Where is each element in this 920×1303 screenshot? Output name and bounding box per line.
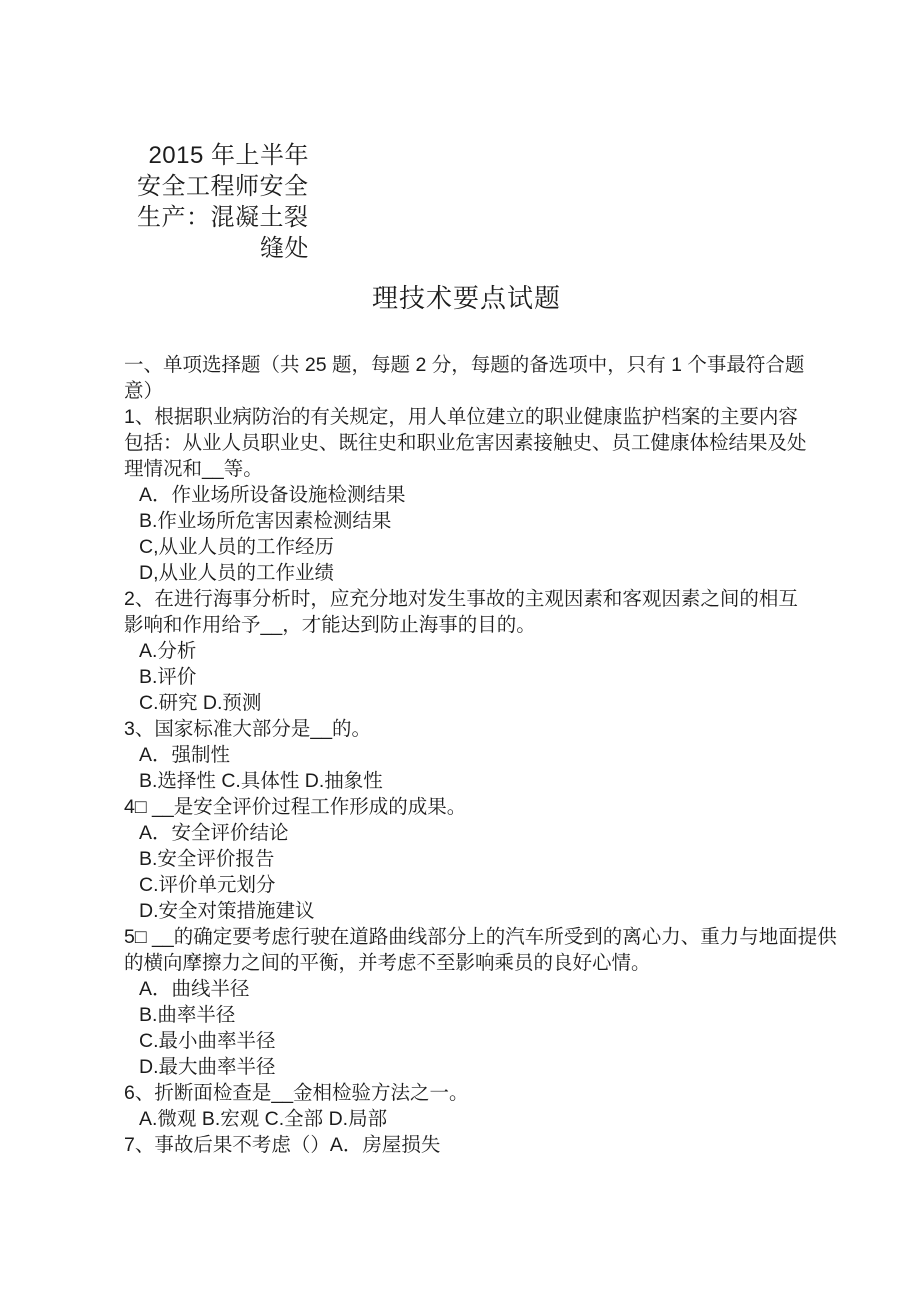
answer-option-line: D,从业人员的工作业绩 (124, 560, 814, 586)
title-text-line: 生产：混凝土裂 (137, 202, 309, 233)
answer-option-line: B.曲率半径 (124, 1002, 814, 1028)
answer-option-line: C.最小曲率半径 (124, 1028, 814, 1054)
answer-option-line: A.分析 (124, 638, 814, 664)
title-text-line: 安全工程师安全 (137, 171, 309, 202)
answer-option-line: B.选择性 C.具体性 D.抽象性 (124, 768, 814, 794)
document-title: 2015 年上半年安全工程师安全生产：混凝土裂缝处 (137, 140, 309, 264)
question-text-line: 包括：从业人员职业史、既往史和职业危害因素接触史、员工健康体检结果及处 (124, 430, 814, 456)
answer-option-line: B.评价 (124, 664, 814, 690)
question-text-line: 理情况和__等。 (124, 456, 814, 482)
document-page: 2015 年上半年安全工程师安全生产：混凝土裂缝处 理技术要点试题 一、单项选择… (0, 0, 920, 1303)
question-text-line: 7、事故后果不考虑（）A．房屋损失 (124, 1132, 814, 1158)
answer-option-line: B.作业场所危害因素检测结果 (124, 508, 814, 534)
answer-option-line: A．安全评价结论 (124, 820, 814, 846)
answer-option-line: D.安全对策措施建议 (124, 898, 814, 924)
question-text-line: 影响和作用给予__，才能达到防止海事的目的。 (124, 612, 814, 638)
title-text-line: 缝处 (137, 233, 309, 264)
answer-option-line: D.最大曲率半径 (124, 1054, 814, 1080)
question-text-line: 3、国家标准大部分是__的。 (124, 716, 814, 742)
answer-option-line: C,从业人员的工作经历 (124, 534, 814, 560)
question-text-line: 一、单项选择题（共 25 题，每题 2 分，每题的备选项中，只有 1 个事最符合… (124, 352, 814, 378)
title-text-line: 2015 年上半年 (137, 140, 309, 171)
answer-option-line: A．作业场所设备设施检测结果 (124, 482, 814, 508)
document-subtitle: 理技术要点试题 (372, 283, 561, 313)
question-text-line: 意） (124, 378, 814, 404)
question-text-line: 5□ __的确定要考虑行驶在道路曲线部分上的汽车所受到的离心力、重力与地面提供 (124, 924, 814, 950)
answer-option-line: A．强制性 (124, 742, 814, 768)
question-text-line: 6、折断面检查是__金相检验方法之一。 (124, 1080, 814, 1106)
question-text-line: 2、在进行海事分析时，应充分地对发生事故的主观因素和客观因素之间的相互 (124, 586, 814, 612)
question-text-line: 4□ __是安全评价过程工作形成的成果。 (124, 794, 814, 820)
answer-option-line: B.安全评价报告 (124, 846, 814, 872)
answer-option-line: C.研究 D.预测 (124, 690, 814, 716)
question-text-line: 1、根据职业病防治的有关规定，用人单位建立的职业健康监护档案的主要内容 (124, 404, 814, 430)
answer-option-line: C.评价单元划分 (124, 872, 814, 898)
exam-question-list: 一、单项选择题（共 25 题，每题 2 分，每题的备选项中，只有 1 个事最符合… (124, 352, 814, 1158)
question-text-line: 的横向摩擦力之间的平衡，并考虑不至影响乘员的良好心情。 (124, 950, 814, 976)
answer-option-line: A.微观 B.宏观 C.全部 D.局部 (124, 1106, 814, 1132)
answer-option-line: A．曲线半径 (124, 976, 814, 1002)
